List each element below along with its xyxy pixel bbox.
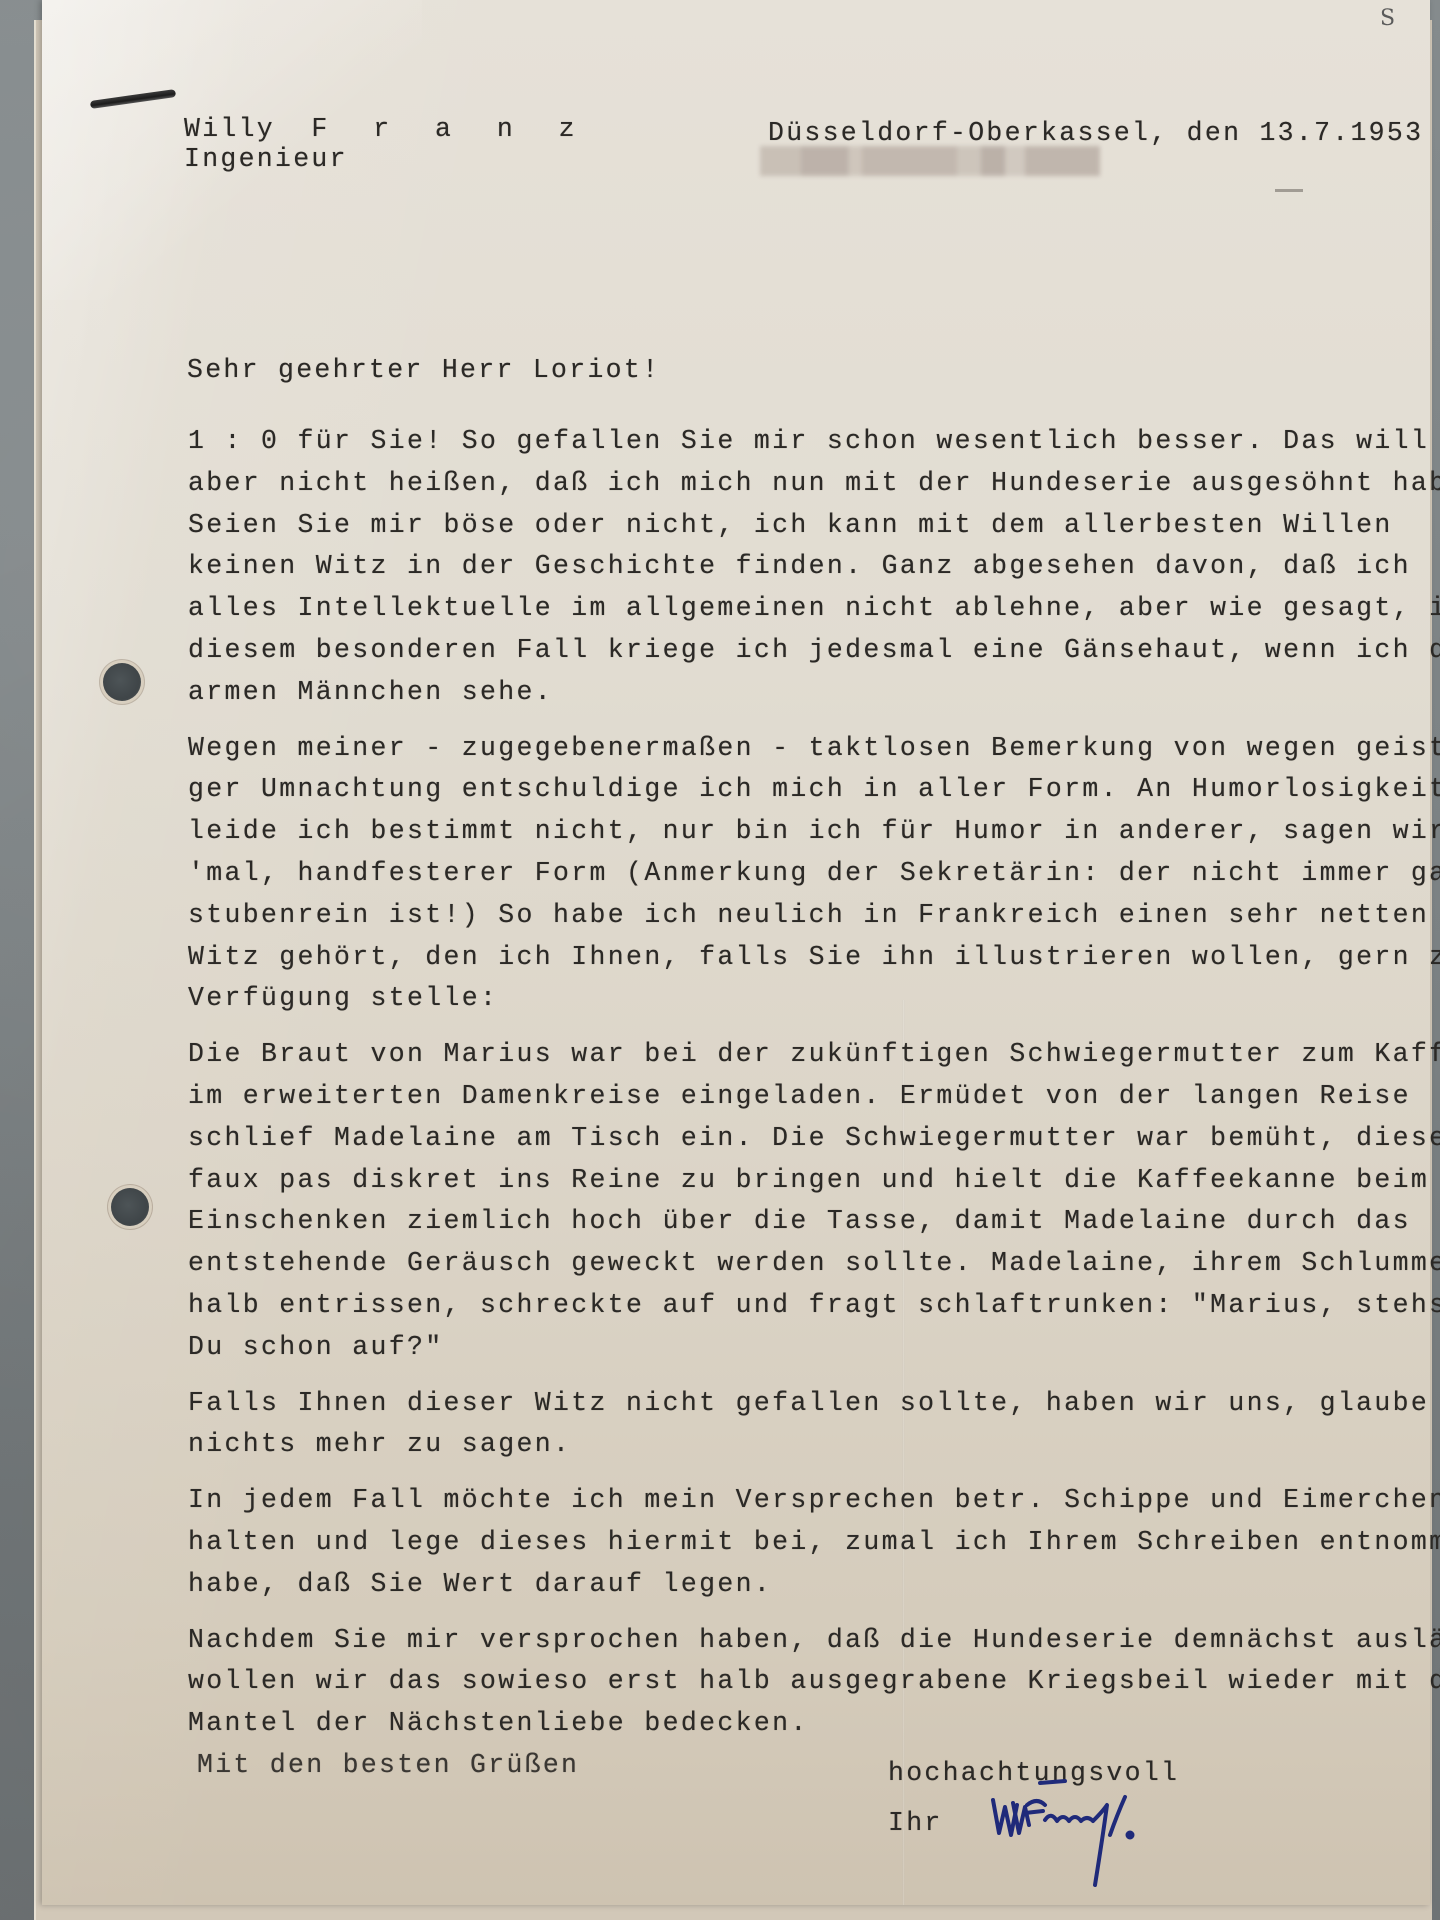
text-line: nichts mehr zu sagen. [188, 1424, 1418, 1466]
text-line: schlief Madelaine am Tisch ein. Die Schw… [188, 1118, 1418, 1160]
text-line: stubenrein ist!) So habe ich neulich in … [188, 895, 1418, 937]
stray-ink-mark [1275, 189, 1303, 192]
redacted-address [760, 146, 1100, 176]
paragraph-5: In jedem Fall möchte ich mein Verspreche… [188, 1480, 1418, 1605]
text-line: im erweiterten Damenkreise eingeladen. E… [188, 1076, 1418, 1118]
corner-pencil-mark: S [1380, 6, 1395, 31]
paragraph-2: Wegen meiner - zugegebenermaßen - taktlo… [188, 728, 1418, 1021]
text-line: leide ich bestimmt nicht, nur bin ich fü… [188, 811, 1418, 853]
closing-greeting: Mit den besten Grüßen [197, 1750, 579, 1780]
text-line: habe, daß Sie Wert darauf legen. [188, 1564, 1418, 1606]
handwritten-signature [985, 1775, 1155, 1895]
sender-title: Ingenieur [184, 144, 348, 174]
text-line: alles Intellektuelle im allgemeinen nich… [188, 588, 1418, 630]
text-line: Nachdem Sie mir versprochen haben, daß d… [188, 1620, 1418, 1662]
text-line: keinen Witz in der Geschichte finden. Ga… [188, 546, 1418, 588]
text-line: ger Umnachtung entschuldige ich mich in … [188, 769, 1418, 811]
sender-last-name: F r a n z [311, 114, 589, 144]
text-line: Mantel der Nächstenliebe bedecken. [188, 1703, 1418, 1745]
text-line: Du schon auf?" [188, 1327, 1418, 1369]
text-line: halb entrissen, schreckte auf und fragt … [188, 1285, 1418, 1327]
sender-first-name: Willy [184, 114, 275, 144]
paragraph-3-joke: Die Braut von Marius war bei der zukünft… [188, 1034, 1418, 1368]
text-line: armen Männchen sehe. [188, 672, 1418, 714]
closing-ihr: Ihr [888, 1808, 943, 1838]
text-line: Wegen meiner - zugegebenermaßen - taktlo… [188, 728, 1418, 770]
text-line: halten und lege dieses hiermit bei, zuma… [188, 1522, 1418, 1564]
text-line: Die Braut von Marius war bei der zukünft… [188, 1034, 1418, 1076]
text-line: entstehende Geräusch geweckt werden soll… [188, 1243, 1418, 1285]
text-line: Seien Sie mir böse oder nicht, ich kann … [188, 505, 1418, 547]
text-line: In jedem Fall möchte ich mein Verspreche… [188, 1480, 1418, 1522]
sender-name: Willy F r a n z [184, 114, 590, 144]
text-line: faux pas diskret ins Reine zu bringen un… [188, 1160, 1418, 1202]
text-line: Witz gehört, den ich Ihnen, falls Sie ih… [188, 937, 1418, 979]
text-line: aber nicht heißen, daß ich mich nun mit … [188, 463, 1418, 505]
text-line: 1 : 0 für Sie! So gefallen Sie mir schon… [188, 421, 1418, 463]
place-date: Düsseldorf-Oberkassel, den 13.7.1953 [768, 118, 1423, 148]
text-line: Einschenken ziemlich hoch über die Tasse… [188, 1201, 1418, 1243]
text-line: 'mal, handfesterer Form (Anmerkung der S… [188, 853, 1418, 895]
paragraph-4: Falls Ihnen dieser Witz nicht gefallen s… [188, 1383, 1418, 1467]
salutation: Sehr geehrter Herr Loriot! [187, 355, 660, 385]
text-line: Falls Ihnen dieser Witz nicht gefallen s… [188, 1383, 1418, 1425]
letter-body: 1 : 0 für Sie! So gefallen Sie mir schon… [188, 421, 1418, 1759]
paragraph-6: Nachdem Sie mir versprochen haben, daß d… [188, 1620, 1418, 1745]
paragraph-1: 1 : 0 für Sie! So gefallen Sie mir schon… [188, 421, 1418, 714]
punch-hole [111, 1188, 149, 1226]
text-line: diesem besonderen Fall kriege ich jedesm… [188, 630, 1418, 672]
punch-hole [103, 663, 141, 701]
text-line: wollen wir das sowieso erst halb ausgegr… [188, 1661, 1418, 1703]
text-line: Verfügung stelle: [188, 978, 1418, 1020]
